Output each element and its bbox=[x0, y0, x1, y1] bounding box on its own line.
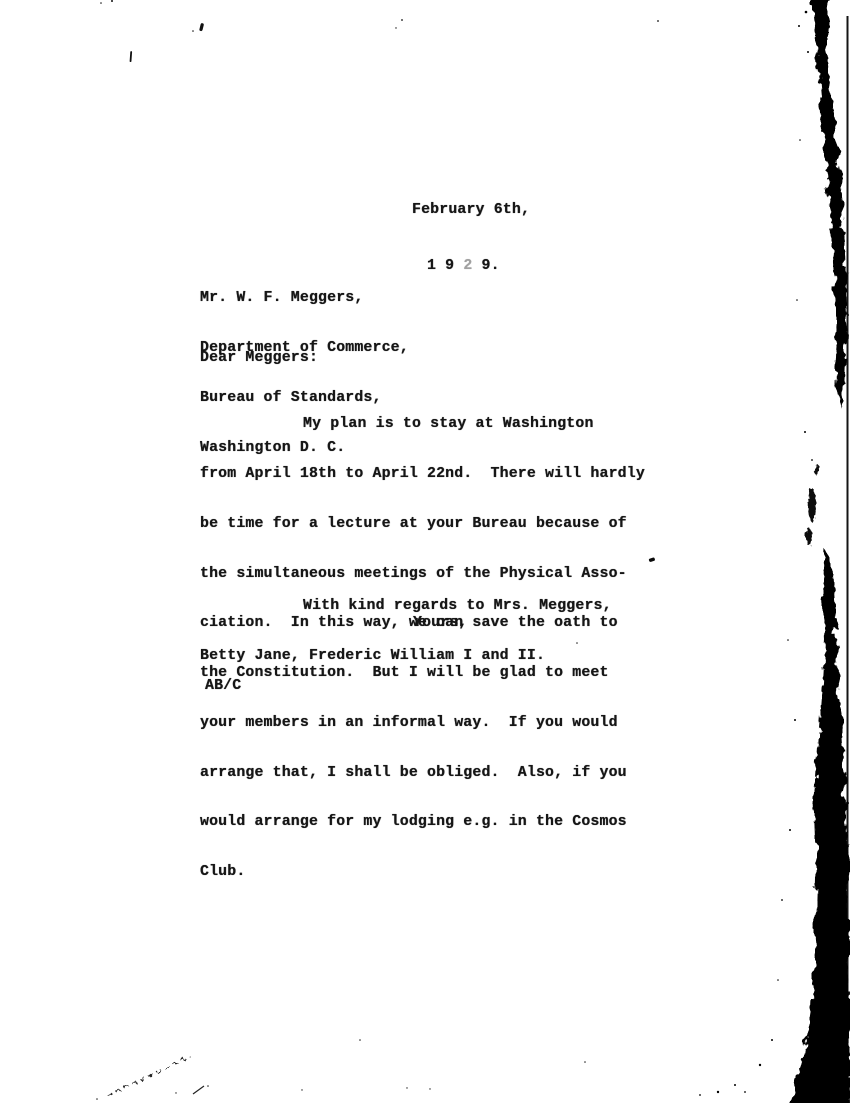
pencil-squiggle-mark bbox=[108, 1056, 204, 1096]
paper-edge-line bbox=[847, 16, 849, 1103]
date-block: February 6th, 1 9 2 9. bbox=[412, 164, 530, 312]
body-line: With kind regards to Mrs. Meggers, bbox=[200, 598, 612, 615]
body-line: would arrange for my lodging e.g. in the… bbox=[200, 814, 645, 831]
faint-year-digit: 2 bbox=[463, 258, 472, 274]
salutation: Dear Meggers: bbox=[200, 350, 318, 367]
date-line: February 6th, bbox=[412, 201, 530, 220]
body-line: your members in an informal way. If you … bbox=[200, 715, 645, 732]
body-line: from April 18th to April 22nd. There wil… bbox=[200, 466, 645, 483]
torn-edge-top-right bbox=[812, 0, 847, 408]
letter-body-paragraph-2: With kind regards to Mrs. Meggers, Betty… bbox=[200, 565, 612, 698]
body-line: arrange that, I shall be obliged. Also, … bbox=[200, 765, 645, 782]
body-line: Betty Jane, Frederic William I and II. bbox=[200, 648, 612, 665]
stray-apostrophe-mark bbox=[199, 23, 204, 32]
scan-specks-top bbox=[100, 0, 659, 29]
scan-specks-bottom bbox=[96, 1039, 586, 1100]
body-line: Club. bbox=[200, 864, 645, 881]
stray-ink-blot bbox=[649, 557, 656, 562]
scanned-letter-page: February 6th, 1 9 2 9. Mr. W. F. Meggers… bbox=[0, 0, 850, 1103]
year-line: 1 9 2 9. bbox=[412, 257, 530, 276]
scan-speck-cluster bbox=[806, 464, 819, 546]
closing: Yours, bbox=[413, 615, 467, 632]
stray-tick-mark bbox=[130, 51, 133, 62]
scan-specks-bottom-right bbox=[699, 639, 796, 1096]
body-line: be time for a lecture at your Bureau bec… bbox=[200, 516, 645, 533]
speck bbox=[192, 30, 194, 32]
scan-specks-top-right bbox=[796, 11, 817, 461]
typist-initials: AB/C bbox=[205, 678, 241, 695]
torn-edge-bottom-right bbox=[790, 548, 850, 1103]
recipient-line: Mr. W. F. Meggers, bbox=[200, 290, 409, 307]
body-line: My plan is to stay at Washington bbox=[200, 416, 645, 433]
